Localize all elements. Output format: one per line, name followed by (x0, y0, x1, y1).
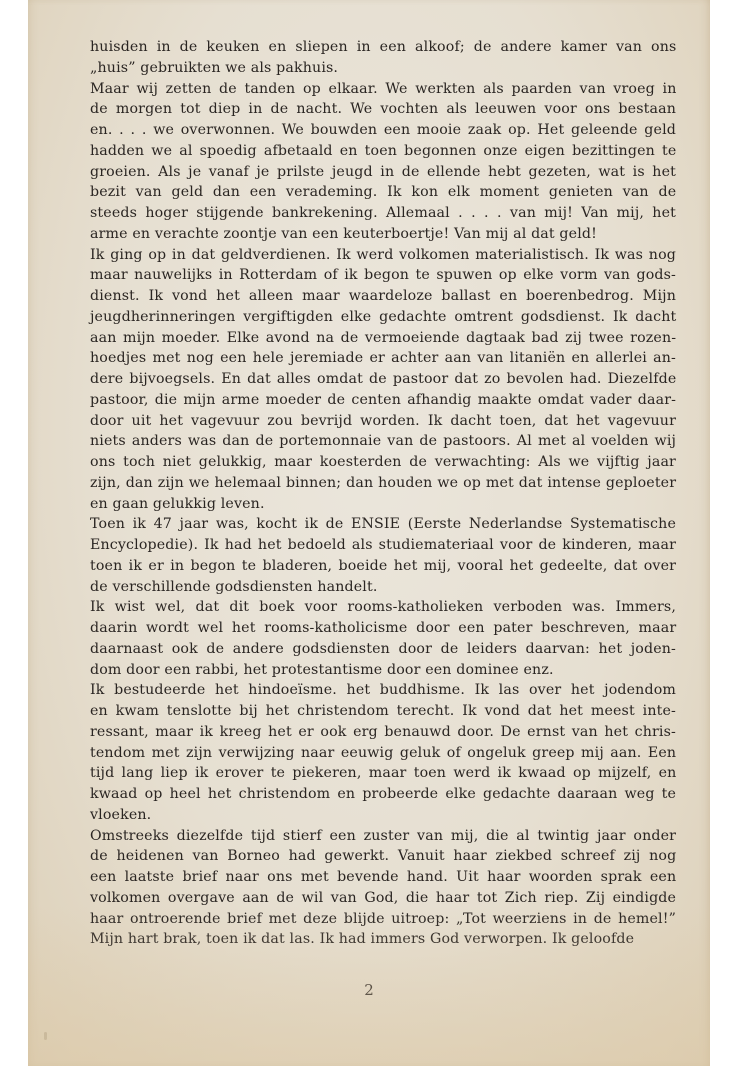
text-line: maar nauwelijks in Rotterdam of ik begon… (90, 265, 676, 286)
paragraph: Maar wij zetten de tanden op elkaar. We … (90, 79, 676, 245)
text-line: tendom met zijn verwijzing naar eeuwig g… (90, 743, 676, 764)
text-line: door uit het vagevuur zou bevrijd worden… (90, 411, 676, 432)
text-line: dere bijvoegsels. En dat alles omdat de … (90, 369, 676, 390)
text-line: steeds hoger stijgende bankrekening. All… (90, 203, 676, 224)
paragraph: Ik wist wel, dat dit boek voor rooms-kat… (90, 597, 676, 680)
text-line: ressant, maar ik kreeg het er ook erg be… (90, 722, 676, 743)
text-line: groeien. Als je vanaf je prilste jeugd i… (90, 162, 676, 183)
text-line: haar ontroerende brief met deze blijde u… (90, 909, 676, 930)
paragraph: Ik bestudeerde het hindoeïsme. het buddh… (90, 680, 676, 825)
text-line: en. . . . we overwonnen. We bouwden een … (90, 120, 676, 141)
text-line: en gaan gelukkig leven. (90, 494, 676, 515)
text-line: jeugdherinneringen vergiftigden elke ged… (90, 307, 676, 328)
text-line: daarin wordt wel het rooms-katholicisme … (90, 618, 676, 639)
paragraph: Ik ging op in dat geldverdienen. Ik werd… (90, 245, 676, 515)
text-line: de morgen tot diep in de nacht. We vocht… (90, 99, 676, 120)
text-line: tijd lang liep ik erover te piekeren, ma… (90, 763, 676, 784)
paragraph: Omstreeks diezelfde tijd stierf een zust… (90, 826, 676, 951)
text-line: huisden in de keuken en sliepen in een a… (90, 37, 676, 58)
text-line: Ik bestudeerde het hindoeïsme. het buddh… (90, 680, 676, 701)
text-line: aan mijn moeder. Elke avond na de vermoe… (90, 328, 676, 349)
text-line: ons toch niet gelukkig, maar koesterden … (90, 452, 676, 473)
book-page: huisden in de keuken en sliepen in een a… (28, 0, 710, 1066)
text-line: zijn, dan zijn we helemaal binnen; dan h… (90, 473, 676, 494)
text-line: Ik wist wel, dat dit boek voor rooms-kat… (90, 597, 676, 618)
page-number: 2 (28, 981, 710, 999)
paragraph: Toen ik 47 jaar was, kocht ik de ENSIE (… (90, 514, 676, 597)
text-line: kwaad op heel het christendom en probeer… (90, 784, 676, 805)
text-line: Toen ik 47 jaar was, kocht ik de ENSIE (… (90, 514, 676, 535)
text-line: de heidenen van Borneo had gewerkt. Vanu… (90, 846, 676, 867)
text-line: pastoor, die mijn arme moeder de centen … (90, 390, 676, 411)
paper-speck (44, 1032, 47, 1040)
text-line: Ik ging op in dat geldverdienen. Ik werd… (90, 245, 676, 266)
text-line: hadden we al spoedig afbetaald en toen b… (90, 141, 676, 162)
paragraph: huisden in de keuken en sliepen in een a… (90, 37, 676, 79)
text-line: volkomen overgave aan de wil van God, di… (90, 888, 676, 909)
text-line: Mijn hart brak, toen ik dat las. Ik had … (90, 929, 676, 950)
text-line: Omstreeks diezelfde tijd stierf een zust… (90, 826, 676, 847)
text-line: bezit van geld dan een verademing. Ik ko… (90, 182, 676, 203)
text-line: een laatste brief naar ons met bevende h… (90, 867, 676, 888)
text-line: de verschillende godsdiensten handelt. (90, 577, 676, 598)
text-line: en kwam tenslotte bij het christendom te… (90, 701, 676, 722)
text-line: niets anders was dan de portemonnaie van… (90, 431, 676, 452)
text-line: toen ik er in begon te bladeren, boeide … (90, 556, 676, 577)
text-line: vloeken. (90, 805, 676, 826)
text-line: hoedjes met nog een hele jeremiade er ac… (90, 348, 676, 369)
text-line: Maar wij zetten de tanden op elkaar. We … (90, 79, 676, 100)
text-line: daarnaast ook de andere godsdiensten doo… (90, 639, 676, 660)
text-line: dom door een rabbi, het protestantisme d… (90, 660, 676, 681)
page-body-text: huisden in de keuken en sliepen in een a… (90, 37, 676, 950)
text-line: „huis” gebruikten we als pakhuis. (90, 58, 676, 79)
text-line: Encyclopedie). Ik had het bedoeld als st… (90, 535, 676, 556)
text-line: arme en verachte zoontje van een keuterb… (90, 224, 676, 245)
text-line: dienst. Ik vond het alleen maar waardelo… (90, 286, 676, 307)
